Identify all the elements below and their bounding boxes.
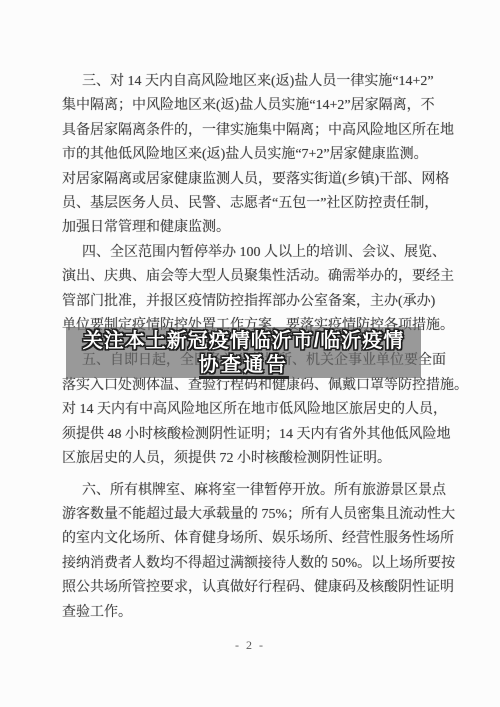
news-title-overlay: 关注本土新冠疫情临沂市/临沂疫情 协查通告 xyxy=(66,327,421,378)
document-page: 三、对 14 天内自高风险地区来(返)盐人员一律实施“14+2” 集中隔离；中风… xyxy=(0,0,500,707)
paragraph-six: 六、所有棋牌室、麻将室一律暂停开放。所有旅游景区景点 游客数量不能超过最大承载量… xyxy=(62,479,472,625)
paragraph-four: 四、全区范围内暂停举办 100 人以上的培训、会议、展览、 演出、庆典、庙会等大… xyxy=(62,241,472,339)
page-number: - 2 - xyxy=(0,638,500,653)
overlay-title-line2: 协查通告 xyxy=(66,353,421,379)
overlay-title-line1: 关注本土新冠疫情临沂市/临沂疫情 xyxy=(66,329,421,353)
overlay-title-line2-text: 协查通告 xyxy=(199,355,289,379)
paragraph-three: 三、对 14 天内自高风险地区来(返)盐人员一律实施“14+2” 集中隔离；中风… xyxy=(62,70,472,241)
